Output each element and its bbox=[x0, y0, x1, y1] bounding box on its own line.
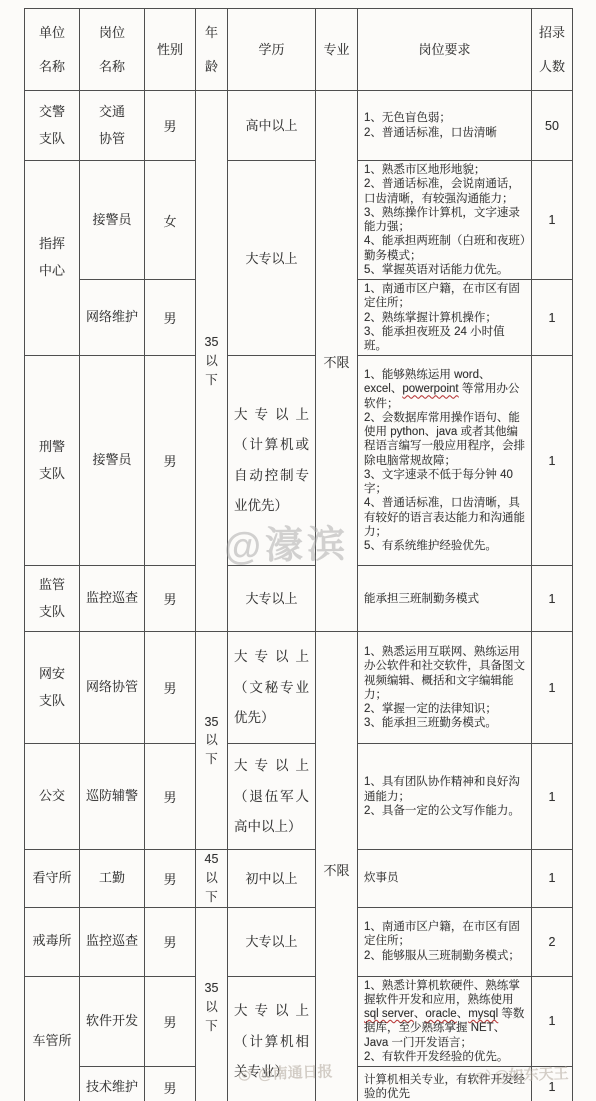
unit-cell: 公交 bbox=[25, 744, 80, 850]
position-cell: 监控巡查 bbox=[80, 907, 145, 976]
unit-cell: 监管 支队 bbox=[25, 566, 80, 632]
count-cell: 2 bbox=[532, 907, 573, 976]
table-row: 指挥 中心 接警员 女 大专以上 1、熟悉市区地形地貌； 2、普通话标准，会说南… bbox=[25, 161, 573, 280]
unit-cell: 网安 支队 bbox=[25, 632, 80, 744]
header-education: 学历 bbox=[228, 9, 316, 91]
age-cell: 35 以 下 bbox=[196, 632, 228, 850]
table-header-row: 单位 名称 岗位 名称 性别 年 龄 学历 专业 岗位要求 招录 人数 bbox=[25, 9, 573, 91]
education-cell: 大专以上 bbox=[228, 566, 316, 632]
unit-cell: 交警 支队 bbox=[25, 91, 80, 161]
requirements-cell: 炊事员 bbox=[358, 850, 532, 907]
position-cell: 网络维护 bbox=[80, 280, 145, 356]
requirements-cell: 计算机相关专业，有软件开发经验的优先 bbox=[358, 1067, 532, 1101]
gender-cell: 男 bbox=[145, 744, 196, 850]
gender-cell: 男 bbox=[145, 91, 196, 161]
count-cell: 1 bbox=[532, 161, 573, 280]
gender-cell: 男 bbox=[145, 566, 196, 632]
major-cell: 不限 bbox=[316, 91, 358, 632]
scanned-document-page: 单位 名称 岗位 名称 性别 年 龄 学历 专业 岗位要求 招录 人数 交警 支… bbox=[0, 0, 596, 1101]
gender-cell: 女 bbox=[145, 161, 196, 280]
position-cell: 软件开发 bbox=[80, 976, 145, 1067]
position-cell: 监控巡查 bbox=[80, 566, 145, 632]
gender-cell: 男 bbox=[145, 1067, 196, 1101]
education-cell: 高中以上 bbox=[228, 91, 316, 161]
unit-cell: 指挥 中心 bbox=[25, 161, 80, 356]
table-row: 公交 巡防辅警 男 大专以上（退伍军人高中以上） 1、具有团队协作精神和良好沟通… bbox=[25, 744, 573, 850]
gender-cell: 男 bbox=[145, 850, 196, 907]
unit-cell: 车管所 bbox=[25, 976, 80, 1101]
education-cell: 大专以上（退伍军人高中以上） bbox=[228, 744, 316, 850]
education-cell: 大专以上 bbox=[228, 907, 316, 976]
requirements-cell: 1、能够熟练运用 word、excel、powerpoint 等常用办公软件； … bbox=[358, 356, 532, 566]
table-row: 看守所 工勤 男 45 以 下 初中以上 炊事员 1 bbox=[25, 850, 573, 907]
position-cell: 接警员 bbox=[80, 161, 145, 280]
education-cell: 大专以上（计算机相关专业） bbox=[228, 976, 316, 1101]
requirements-cell: 1、熟悉运用互联网、熟练运用办公软件和社交软件，具备图文视频编辑、概括和文字编辑… bbox=[358, 632, 532, 744]
recruitment-table: 单位 名称 岗位 名称 性别 年 龄 学历 专业 岗位要求 招录 人数 交警 支… bbox=[24, 8, 573, 1101]
age-cell: 35 以 下 bbox=[196, 907, 228, 1101]
count-cell: 1 bbox=[532, 356, 573, 566]
position-cell: 交通 协管 bbox=[80, 91, 145, 161]
count-cell: 1 bbox=[532, 1067, 573, 1101]
table-row: 刑警 支队 接警员 男 大专以上（计算机或自动控制专业优先） 1、能够熟练运用 … bbox=[25, 356, 573, 566]
header-unit-name: 单位 名称 bbox=[25, 9, 80, 91]
requirements-cell: 1、无色盲色弱； 2、普通话标准，口齿清晰 bbox=[358, 91, 532, 161]
requirements-cell: 1、熟悉计算机软硬件、熟练掌握软件开发和应用，熟练使用 sql server、o… bbox=[358, 976, 532, 1067]
header-requirements: 岗位要求 bbox=[358, 9, 532, 91]
requirements-cell: 能承担三班制勤务模式 bbox=[358, 566, 532, 632]
position-cell: 工勤 bbox=[80, 850, 145, 907]
count-cell: 50 bbox=[532, 91, 573, 161]
header-major: 专业 bbox=[316, 9, 358, 91]
gender-cell: 男 bbox=[145, 976, 196, 1067]
header-gender: 性别 bbox=[145, 9, 196, 91]
position-cell: 网络协管 bbox=[80, 632, 145, 744]
count-cell: 1 bbox=[532, 280, 573, 356]
education-cell: 大专以上（计算机或自动控制专业优先） bbox=[228, 356, 316, 566]
requirements-cell: 1、熟悉市区地形地貌； 2、普通话标准，会说南通话，口齿清晰，有较强沟通能力； … bbox=[358, 161, 532, 280]
header-count: 招录 人数 bbox=[532, 9, 573, 91]
requirements-cell: 1、南通市区户籍，在市区有固定住所； 2、能够服从三班制勤务模式； bbox=[358, 907, 532, 976]
count-cell: 1 bbox=[532, 976, 573, 1067]
header-position-name: 岗位 名称 bbox=[80, 9, 145, 91]
count-cell: 1 bbox=[532, 566, 573, 632]
requirements-cell: 1、具有团队协作精神和良好沟通能力； 2、具备一定的公文写作能力。 bbox=[358, 744, 532, 850]
gender-cell: 男 bbox=[145, 632, 196, 744]
count-cell: 1 bbox=[532, 744, 573, 850]
requirements-cell: 1、南通市区户籍，在市区有固定住所； 2、熟练掌握计算机操作； 3、能承担夜班及… bbox=[358, 280, 532, 356]
education-cell: 大专以上（文秘专业优先） bbox=[228, 632, 316, 744]
count-cell: 1 bbox=[532, 632, 573, 744]
gender-cell: 男 bbox=[145, 356, 196, 566]
position-cell: 技术维护 bbox=[80, 1067, 145, 1101]
table-row: 车管所 软件开发 男 大专以上（计算机相关专业） 1、熟悉计算机软硬件、熟练掌握… bbox=[25, 976, 573, 1067]
table-row: 监管 支队 监控巡查 男 大专以上 能承担三班制勤务模式 1 bbox=[25, 566, 573, 632]
age-cell: 35 以 下 bbox=[196, 91, 228, 632]
position-cell: 接警员 bbox=[80, 356, 145, 566]
table-row: 交警 支队 交通 协管 男 35 以 下 高中以上 不限 1、无色盲色弱； 2、… bbox=[25, 91, 573, 161]
unit-cell: 刑警 支队 bbox=[25, 356, 80, 566]
age-cell: 45 以 下 bbox=[196, 850, 228, 907]
position-cell: 巡防辅警 bbox=[80, 744, 145, 850]
gender-cell: 男 bbox=[145, 280, 196, 356]
table-row: 网安 支队 网络协管 男 35 以 下 大专以上（文秘专业优先） 不限 1、熟悉… bbox=[25, 632, 573, 744]
education-cell: 初中以上 bbox=[228, 850, 316, 907]
unit-cell: 看守所 bbox=[25, 850, 80, 907]
count-cell: 1 bbox=[532, 850, 573, 907]
header-age: 年 龄 bbox=[196, 9, 228, 91]
education-cell: 大专以上 bbox=[228, 161, 316, 356]
gender-cell: 男 bbox=[145, 907, 196, 976]
unit-cell: 戒毒所 bbox=[25, 907, 80, 976]
table-row: 戒毒所 监控巡查 男 35 以 下 大专以上 1、南通市区户籍，在市区有固定住所… bbox=[25, 907, 573, 976]
major-cell: 不限 bbox=[316, 632, 358, 1101]
